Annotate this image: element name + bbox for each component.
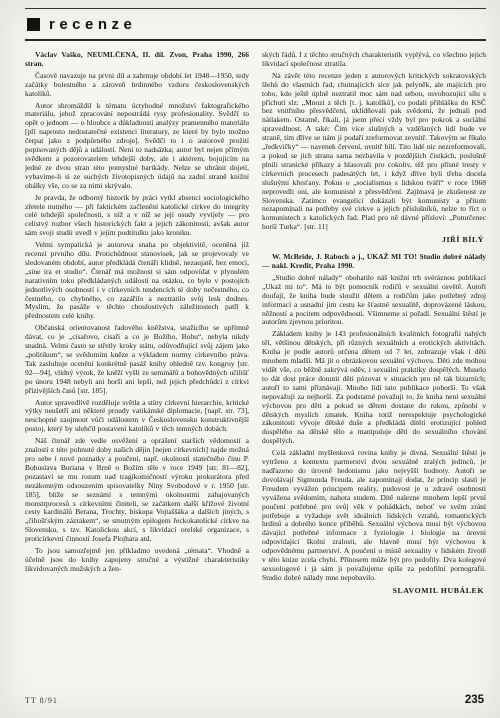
reviewer-signature: SLAVOMIL HUBÁLEK: [262, 586, 484, 595]
paragraph: Náš čtenář zde vedle osvěžení a oprášení…: [25, 437, 249, 544]
paragraph: Je pravda, že odborný historik by práci …: [25, 194, 249, 239]
paragraph: Na závěr této recenze jeden z autorových…: [262, 72, 486, 232]
page-number: 235: [465, 694, 484, 706]
paragraph: Časově navazuje na první díl a zahrnuje …: [25, 72, 249, 99]
page-footer: TT 8/91 235: [25, 694, 484, 706]
section-header: recenze: [25, 9, 486, 39]
paragraph: Celá základní myšlenková rovina knihy je…: [262, 449, 486, 583]
paragraph: To jsou samozřejmě jen příkladmo uvedená…: [25, 547, 249, 574]
paragraph: Autor shromáždil k tématu úctyhodné množ…: [25, 102, 249, 191]
text-columns: Václav Vaško, NEUMLČENÁ, II. díl. Zvon, …: [25, 51, 486, 683]
paragraph: Autor spravedlivě rozděluje světla a stí…: [25, 399, 249, 435]
magazine-page: recenze Václav Vaško, NEUMLČENÁ, II. díl…: [0, 0, 500, 718]
book-heading-vasko: Václav Vaško, NEUMLČENÁ, II. díl. Zvon, …: [25, 51, 249, 69]
paragraph: „Studio dobré nálady“ obohatilo náš kniž…: [262, 274, 486, 327]
right-column: ských řádů. I z těchto stručných charakt…: [262, 51, 486, 683]
section-title: recenze: [49, 16, 136, 33]
left-column: Václav Vaško, NEUMLČENÁ, II. díl. Zvon, …: [25, 51, 249, 683]
book-heading-mcbride: W. McBride, J. Raboch a j., UKAŽ MI TO! …: [262, 253, 486, 271]
reviewer-signature: JIŘÍ BÍLÝ: [262, 235, 484, 244]
paragraph: Občanská orientovanost řadového kněžstva…: [25, 324, 249, 395]
header-rule: [25, 39, 486, 41]
section-marker-square-icon: [27, 18, 40, 31]
paragraph: Základem knihy je 143 profesionálních kv…: [262, 330, 486, 446]
journal-issue: TT 8/91: [25, 696, 58, 705]
paragraph-continuation: ských řádů. I z těchto stručných charakt…: [262, 51, 486, 69]
paragraph: Velmi sympatická je autorova snaha po ob…: [25, 241, 249, 321]
